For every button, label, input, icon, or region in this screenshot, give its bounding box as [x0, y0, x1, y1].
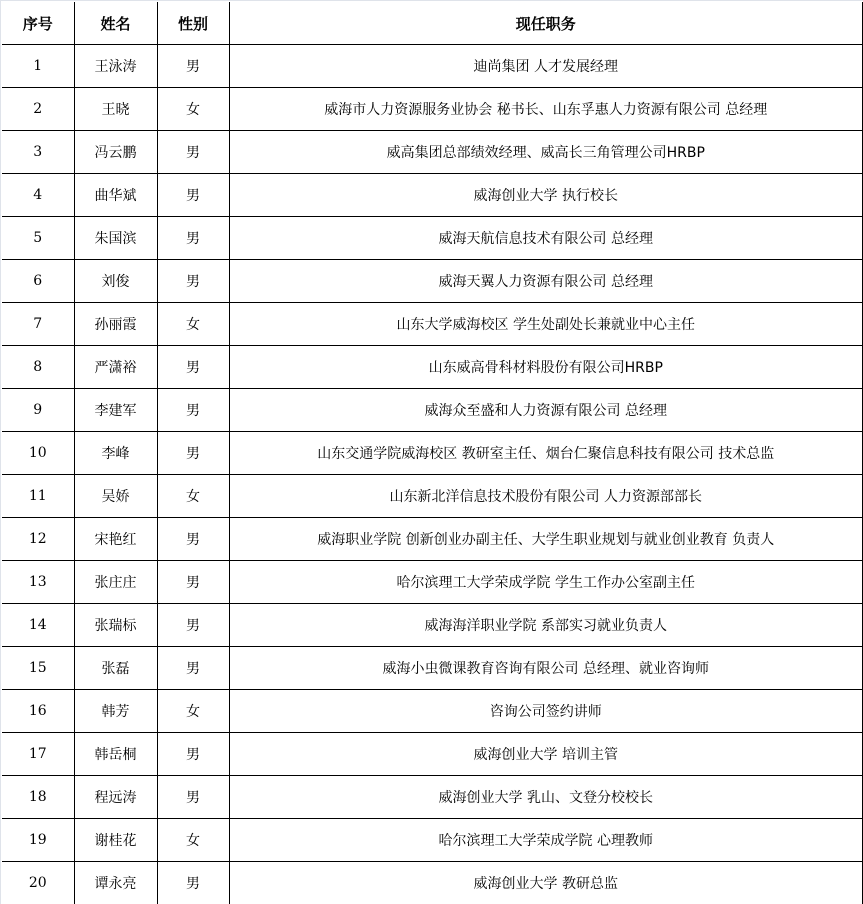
table-row: 14张瑞标男威海海洋职业学院 系部实习就业负责人 — [2, 604, 863, 647]
table-row: 10李峰男山东交通学院威海校区 教研室主任、烟台仁聚信息科技有限公司 技术总监 — [2, 432, 863, 475]
cell-no: 11 — [2, 475, 74, 518]
cell-position: 威海天航信息技术有限公司 总经理 — [229, 217, 863, 260]
cell-position: 山东威高骨科材料股份有限公司HRBP — [229, 346, 863, 389]
table-row: 20谭永亮男威海创业大学 教研总监 — [2, 862, 863, 904]
cell-gender: 男 — [157, 561, 229, 604]
cell-name: 张庄庄 — [74, 561, 157, 604]
cell-gender: 男 — [157, 217, 229, 260]
table-row: 11吴娇女山东新北洋信息技术股份有限公司 人力资源部部长 — [2, 475, 863, 518]
cell-position: 威海创业大学 培训主管 — [229, 733, 863, 776]
cell-gender: 女 — [157, 819, 229, 862]
cell-name: 谭永亮 — [74, 862, 157, 904]
table-row: 17韩岳桐男威海创业大学 培训主管 — [2, 733, 863, 776]
cell-no: 15 — [2, 647, 74, 690]
cell-gender: 男 — [157, 776, 229, 819]
cell-position: 威海小虫微课教育咨询有限公司 总经理、就业咨询师 — [229, 647, 863, 690]
cell-gender: 女 — [157, 690, 229, 733]
table-row: 1王泳涛男迪尚集团 人才发展经理 — [2, 45, 863, 88]
cell-no: 6 — [2, 260, 74, 303]
table-row: 7孙丽霞女山东大学威海校区 学生处副处长兼就业中心主任 — [2, 303, 863, 346]
cell-no: 8 — [2, 346, 74, 389]
cell-no: 5 — [2, 217, 74, 260]
table-row: 8严潇裕男山东威高骨科材料股份有限公司HRBP — [2, 346, 863, 389]
cell-no: 9 — [2, 389, 74, 432]
cell-name: 程远涛 — [74, 776, 157, 819]
cell-name: 李峰 — [74, 432, 157, 475]
table-body: 1王泳涛男迪尚集团 人才发展经理2王晓女威海市人力资源服务业协会 秘书长、山东孚… — [2, 45, 863, 904]
cell-position: 威海创业大学 乳山、文登分校校长 — [229, 776, 863, 819]
cell-name: 张磊 — [74, 647, 157, 690]
cell-position: 威海天翼人力资源有限公司 总经理 — [229, 260, 863, 303]
cell-no: 12 — [2, 518, 74, 561]
cell-name: 曲华斌 — [74, 174, 157, 217]
cell-name: 王晓 — [74, 88, 157, 131]
cell-position: 威海众至盛和人力资源有限公司 总经理 — [229, 389, 863, 432]
cell-position: 威海创业大学 教研总监 — [229, 862, 863, 904]
cell-name: 孙丽霞 — [74, 303, 157, 346]
cell-position: 哈尔滨理工大学荣成学院 学生工作办公室副主任 — [229, 561, 863, 604]
cell-name: 李建军 — [74, 389, 157, 432]
cell-no: 20 — [2, 862, 74, 904]
cell-name: 刘俊 — [74, 260, 157, 303]
cell-gender: 男 — [157, 647, 229, 690]
cell-gender: 男 — [157, 45, 229, 88]
cell-name: 王泳涛 — [74, 45, 157, 88]
cell-name: 韩岳桐 — [74, 733, 157, 776]
table-row: 19谢桂花女哈尔滨理工大学荣成学院 心理教师 — [2, 819, 863, 862]
cell-name: 谢桂花 — [74, 819, 157, 862]
cell-gender: 男 — [157, 346, 229, 389]
cell-name: 宋艳红 — [74, 518, 157, 561]
cell-name: 冯云鹏 — [74, 131, 157, 174]
cell-position: 山东新北洋信息技术股份有限公司 人力资源部部长 — [229, 475, 863, 518]
header-row: 序号 姓名 性别 现任职务 — [2, 2, 863, 45]
table-row: 2王晓女威海市人力资源服务业协会 秘书长、山东孚惠人力资源有限公司 总经理 — [2, 88, 863, 131]
cell-position: 威高集团总部绩效经理、威高长三角管理公司HRBP — [229, 131, 863, 174]
cell-gender: 男 — [157, 174, 229, 217]
cell-gender: 女 — [157, 475, 229, 518]
cell-no: 10 — [2, 432, 74, 475]
cell-no: 4 — [2, 174, 74, 217]
header-no: 序号 — [2, 2, 74, 45]
cell-position: 山东大学威海校区 学生处副处长兼就业中心主任 — [229, 303, 863, 346]
table-row: 9李建军男威海众至盛和人力资源有限公司 总经理 — [2, 389, 863, 432]
cell-name: 韩芳 — [74, 690, 157, 733]
table-row: 15张磊男威海小虫微课教育咨询有限公司 总经理、就业咨询师 — [2, 647, 863, 690]
cell-position: 迪尚集团 人才发展经理 — [229, 45, 863, 88]
cell-name: 严潇裕 — [74, 346, 157, 389]
cell-no: 2 — [2, 88, 74, 131]
cell-gender: 男 — [157, 260, 229, 303]
cell-no: 13 — [2, 561, 74, 604]
page: 序号 姓名 性别 现任职务 1王泳涛男迪尚集团 人才发展经理2王晓女威海市人力资… — [0, 0, 863, 904]
cell-gender: 男 — [157, 131, 229, 174]
cell-gender: 男 — [157, 389, 229, 432]
table-row: 16韩芳女咨询公司签约讲师 — [2, 690, 863, 733]
table-row: 4曲华斌男威海创业大学 执行校长 — [2, 174, 863, 217]
cell-gender: 男 — [157, 518, 229, 561]
table-row: 12宋艳红男威海职业学院 创新创业办副主任、大学生职业规划与就业创业教育 负责人 — [2, 518, 863, 561]
cell-no: 7 — [2, 303, 74, 346]
header-gender: 性别 — [157, 2, 229, 45]
cell-position: 威海职业学院 创新创业办副主任、大学生职业规划与就业创业教育 负责人 — [229, 518, 863, 561]
cell-no: 19 — [2, 819, 74, 862]
cell-no: 18 — [2, 776, 74, 819]
header-position: 现任职务 — [229, 2, 863, 45]
cell-position: 哈尔滨理工大学荣成学院 心理教师 — [229, 819, 863, 862]
roster-table: 序号 姓名 性别 现任职务 1王泳涛男迪尚集团 人才发展经理2王晓女威海市人力资… — [2, 2, 863, 904]
cell-no: 3 — [2, 131, 74, 174]
table-row: 3冯云鹏男威高集团总部绩效经理、威高长三角管理公司HRBP — [2, 131, 863, 174]
cell-no: 17 — [2, 733, 74, 776]
cell-position: 威海市人力资源服务业协会 秘书长、山东孚惠人力资源有限公司 总经理 — [229, 88, 863, 131]
cell-position: 山东交通学院威海校区 教研室主任、烟台仁聚信息科技有限公司 技术总监 — [229, 432, 863, 475]
table-row: 6刘俊男威海天翼人力资源有限公司 总经理 — [2, 260, 863, 303]
cell-name: 张瑞标 — [74, 604, 157, 647]
cell-name: 吴娇 — [74, 475, 157, 518]
cell-no: 16 — [2, 690, 74, 733]
cell-gender: 女 — [157, 303, 229, 346]
header-name: 姓名 — [74, 2, 157, 45]
table-row: 13张庄庄男哈尔滨理工大学荣成学院 学生工作办公室副主任 — [2, 561, 863, 604]
cell-gender: 男 — [157, 604, 229, 647]
table-row: 5朱国滨男威海天航信息技术有限公司 总经理 — [2, 217, 863, 260]
cell-no: 1 — [2, 45, 74, 88]
table-row: 18程远涛男威海创业大学 乳山、文登分校校长 — [2, 776, 863, 819]
cell-no: 14 — [2, 604, 74, 647]
cell-name: 朱国滨 — [74, 217, 157, 260]
cell-gender: 男 — [157, 733, 229, 776]
cell-position: 威海海洋职业学院 系部实习就业负责人 — [229, 604, 863, 647]
cell-position: 威海创业大学 执行校长 — [229, 174, 863, 217]
cell-position: 咨询公司签约讲师 — [229, 690, 863, 733]
cell-gender: 女 — [157, 88, 229, 131]
cell-gender: 男 — [157, 862, 229, 904]
cell-gender: 男 — [157, 432, 229, 475]
